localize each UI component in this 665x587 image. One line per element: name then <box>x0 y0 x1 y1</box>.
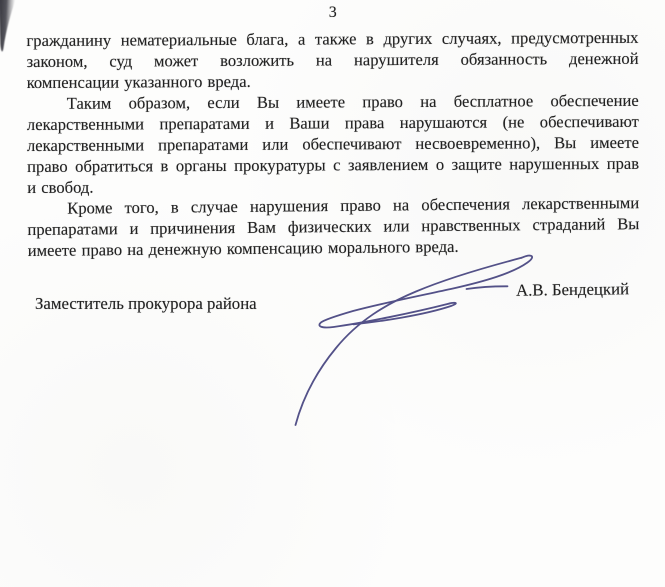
paragraph-2: Таким образом, если Вы имеете право на б… <box>27 90 640 198</box>
paragraph-line: имеете право на денежную компенсацию мор… <box>28 234 640 261</box>
paragraph-line: право обратиться в органы прокуратуры с … <box>27 153 639 177</box>
signature-stroke-path <box>319 256 532 328</box>
document-body: гражданину нематериальные блага, а также… <box>26 27 639 261</box>
scan-corner-artifact <box>0 0 16 51</box>
paragraph-line: законом, суд может возложить на нарушите… <box>27 48 639 72</box>
signatory-title: Заместитель прокурора района <box>35 294 257 314</box>
signature-stroke-path <box>467 286 508 289</box>
paragraph-3: Кроме того, в случае нарушения право на … <box>27 192 640 261</box>
page-number: 3 <box>27 4 639 22</box>
handwritten-signature <box>296 256 533 425</box>
signatory-name: А.В. Бендецкий <box>516 279 629 301</box>
scanned-document-page: 3 гражданину нематериальные блага, а так… <box>0 0 665 587</box>
paragraph-1: гражданину нематериальные блага, а также… <box>26 27 638 93</box>
signature-stroke-path <box>296 258 522 425</box>
